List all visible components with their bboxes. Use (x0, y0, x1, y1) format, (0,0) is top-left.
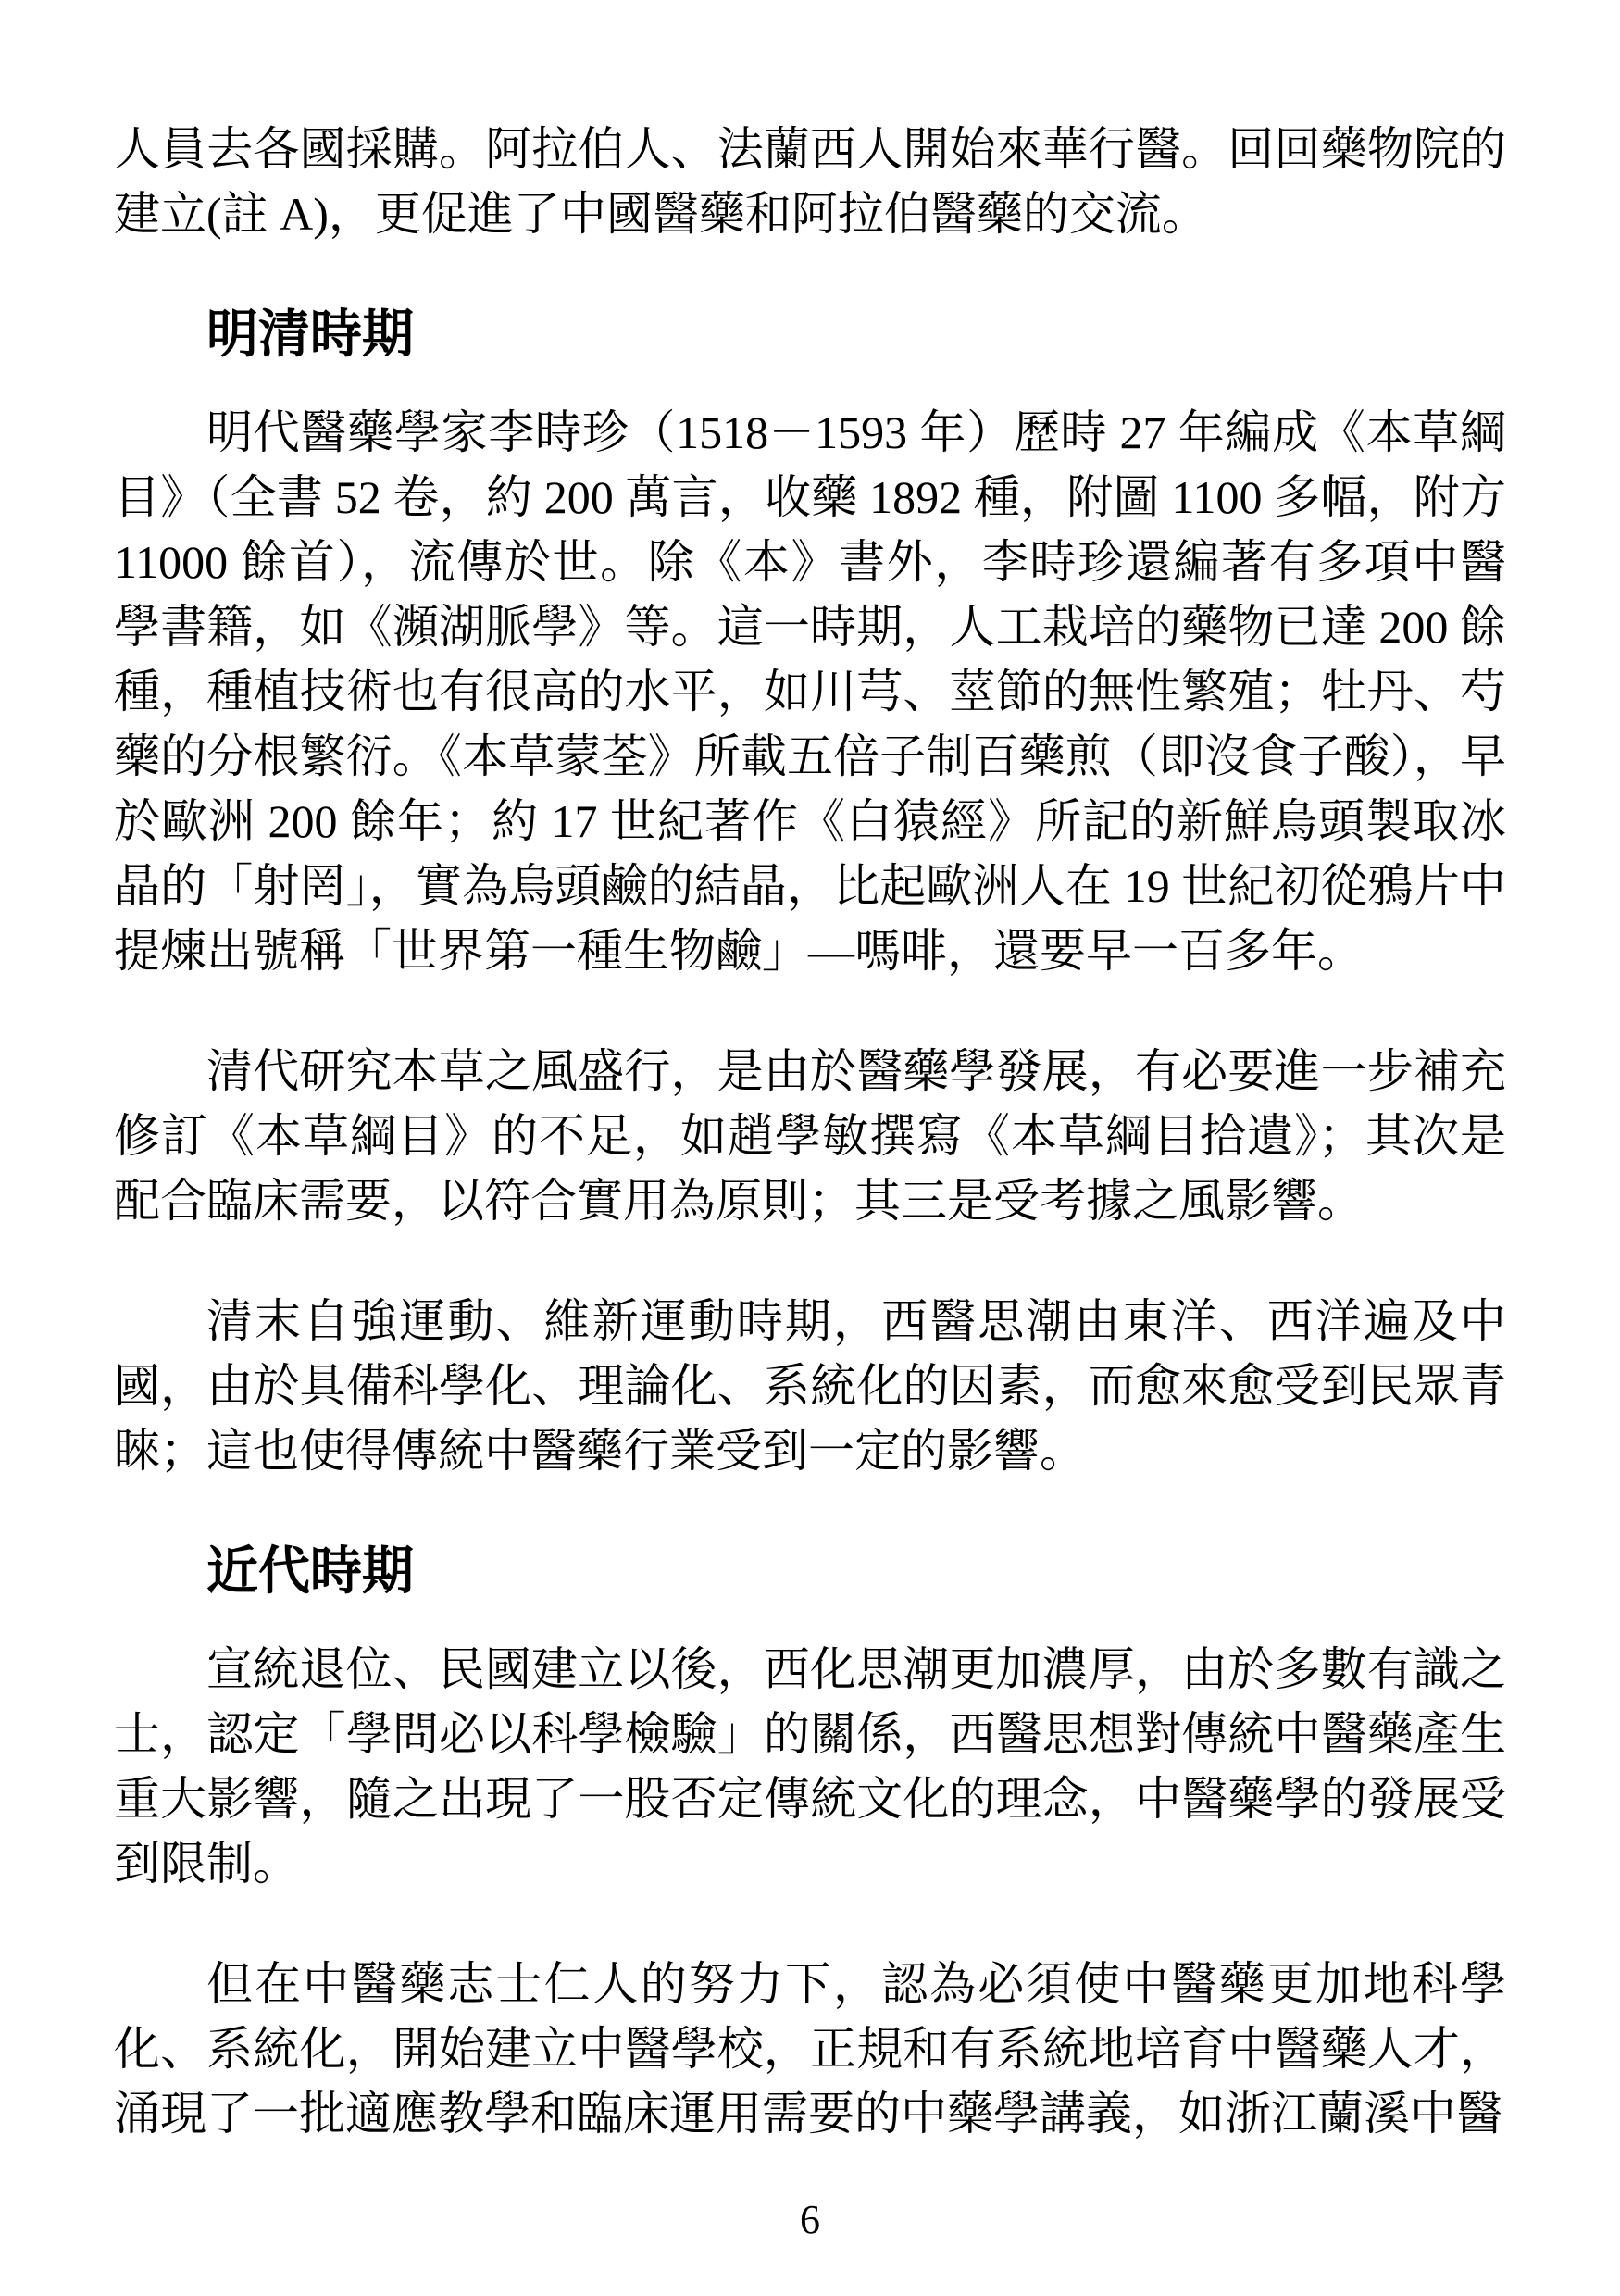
body-paragraph: 清代研究本草之風盛行，是由於醫藥學發展，有必要進一步補充修訂《本草綱目》的不足，… (114, 1039, 1506, 1233)
section-heading-ming-qing: 明清時期 (206, 302, 1506, 368)
body-paragraph-continued: 人員去各國採購。阿拉伯人、法蘭西人開始來華行醫。回回藥物院的建立(註 A)，更促… (114, 117, 1506, 246)
body-paragraph: 清末自強運動、維新運動時期，西醫思潮由東洋、西洋遍及中國，由於具備科學化、理論化… (114, 1289, 1506, 1483)
body-paragraph: 宣統退位、民國建立以後，西化思潮更加濃厚，由於多數有識之士，認定「學問必以科學檢… (114, 1637, 1506, 1896)
document-page: 人員去各國採購。阿拉伯人、法蘭西人開始來華行醫。回回藥物院的建立(註 A)，更促… (0, 0, 1620, 2296)
page-number: 6 (0, 2198, 1620, 2242)
body-paragraph: 明代醫藥學家李時珍（1518－1593 年）歷時 27 年編成《本草綱目》（全書… (114, 400, 1506, 983)
text-block: 人員去各國採購。阿拉伯人、法蘭西人開始來華行醫。回回藥物院的建立(註 A)，更促… (114, 117, 1506, 2202)
section-heading-modern-era: 近代時期 (206, 1539, 1506, 1605)
body-paragraph: 但在中醫藥志士仁人的努力下，認為必須使中醫藥更加地科學化、系統化，開始建立中醫學… (114, 1952, 1506, 2146)
